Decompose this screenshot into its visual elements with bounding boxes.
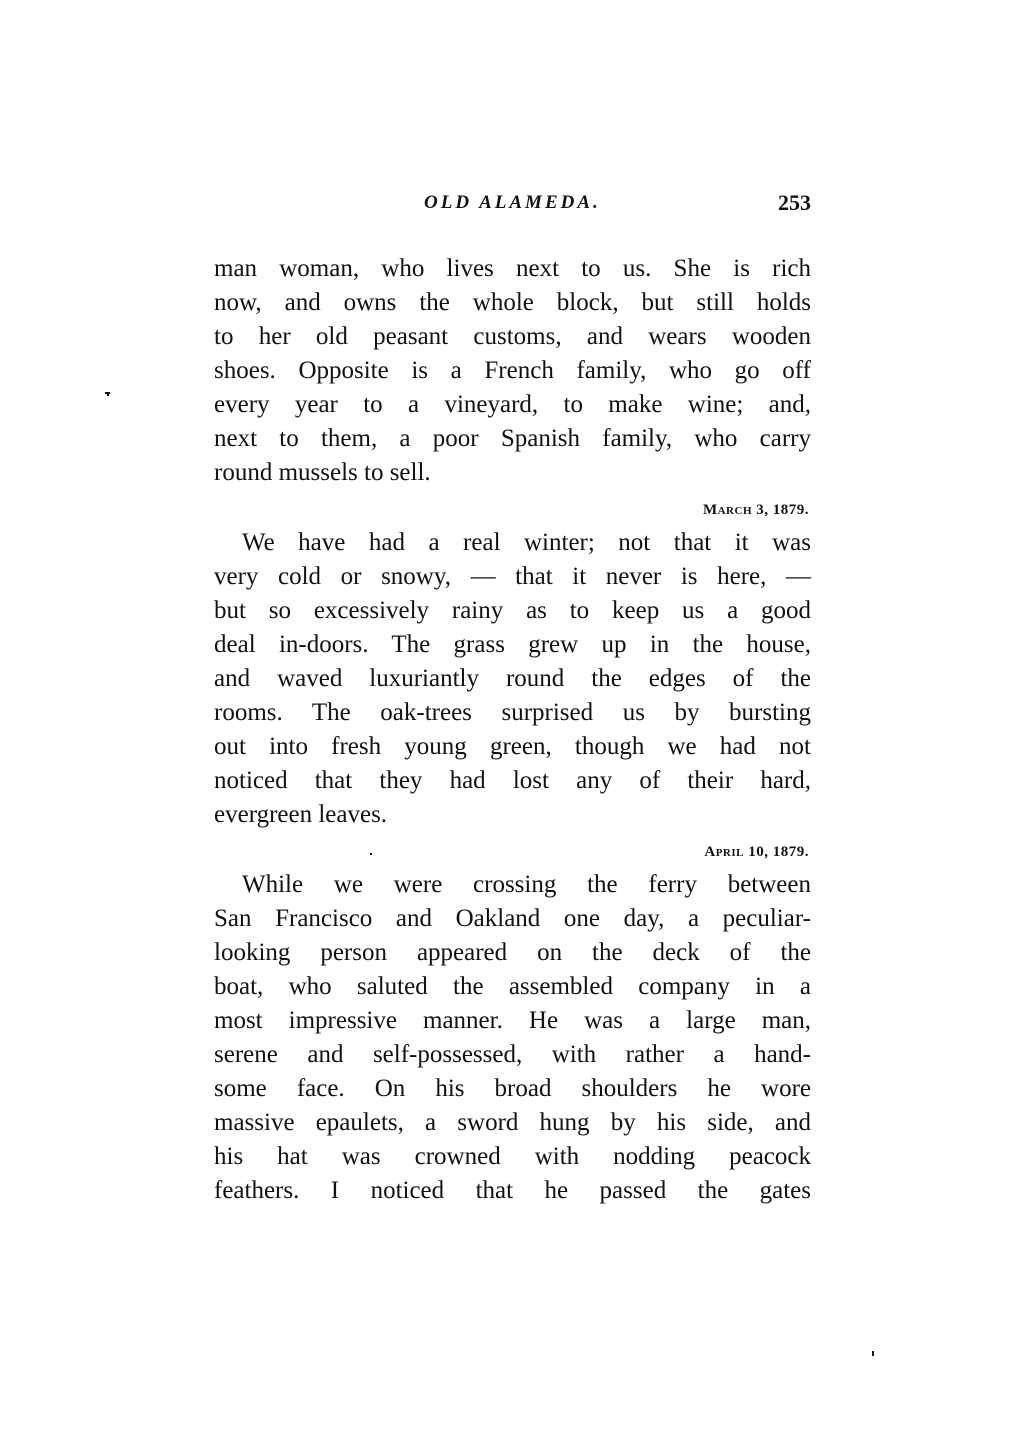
- dateline-march: March 3, 1879.: [214, 490, 811, 526]
- text-line: rooms. The oak-trees surprised us by bur…: [214, 696, 811, 730]
- text-line: but so excessively rainy as to keep us a…: [214, 594, 811, 628]
- page-number: 253: [778, 190, 811, 216]
- text-line: feathers. I noticed that he passed the g…: [214, 1174, 811, 1208]
- text-line: deal in-doors. The grass grew up in the …: [214, 628, 811, 662]
- text-line: massive epaulets, a sword hung by his si…: [214, 1106, 811, 1140]
- book-page: OLD ALAMEDA. 253 man woman, who lives ne…: [0, 0, 1010, 1447]
- scan-speck: [370, 853, 372, 855]
- text-line: serene and self-possessed, with rather a…: [214, 1038, 811, 1072]
- text-line: out into fresh young green, though we ha…: [214, 730, 811, 764]
- dateline-april: April 10, 1879.: [214, 832, 811, 868]
- text-line: evergreen leaves.: [214, 798, 811, 832]
- text-line: his hat was crowned with nodding peacock: [214, 1140, 811, 1174]
- text-line: boat, who saluted the assembled company …: [214, 970, 811, 1004]
- text-line: shoes. Opposite is a French family, who …: [214, 354, 811, 388]
- text-line: man woman, who lives next to us. She is …: [214, 252, 811, 286]
- text-line: every year to a vineyard, to make wine; …: [214, 388, 811, 422]
- text-line: some face. On his broad shoulders he wor…: [214, 1072, 811, 1106]
- text-line: looking person appeared on the deck of t…: [214, 936, 811, 970]
- text-line: most impressive manner. He was a large m…: [214, 1004, 811, 1038]
- scan-speck: [107, 394, 109, 396]
- text-line: and waved luxuriantly round the edges of…: [214, 662, 811, 696]
- paragraph-3: While we were crossing the ferry between…: [214, 868, 811, 1208]
- running-title: OLD ALAMEDA.: [424, 192, 601, 214]
- text-line: to her old peasant customs, and wears wo…: [214, 320, 811, 354]
- paragraph-2: We have had a real winter; not that it w…: [214, 526, 811, 832]
- text-line: San Francisco and Oakland one day, a pec…: [214, 902, 811, 936]
- body-text: man woman, who lives next to us. She is …: [214, 252, 811, 1208]
- text-line: now, and owns the whole block, but still…: [214, 286, 811, 320]
- text-line: next to them, a poor Spanish family, who…: [214, 422, 811, 456]
- running-head: OLD ALAMEDA. 253: [214, 190, 811, 220]
- text-line: While we were crossing the ferry between: [214, 868, 811, 902]
- scan-speck: [872, 1351, 874, 1356]
- text-line: very cold or snowy, — that it never is h…: [214, 560, 811, 594]
- text-line: round mussels to sell.: [214, 456, 811, 490]
- paragraph-1: man woman, who lives next to us. She is …: [214, 252, 811, 490]
- text-line: noticed that they had lost any of their …: [214, 764, 811, 798]
- text-line: We have had a real winter; not that it w…: [214, 526, 811, 560]
